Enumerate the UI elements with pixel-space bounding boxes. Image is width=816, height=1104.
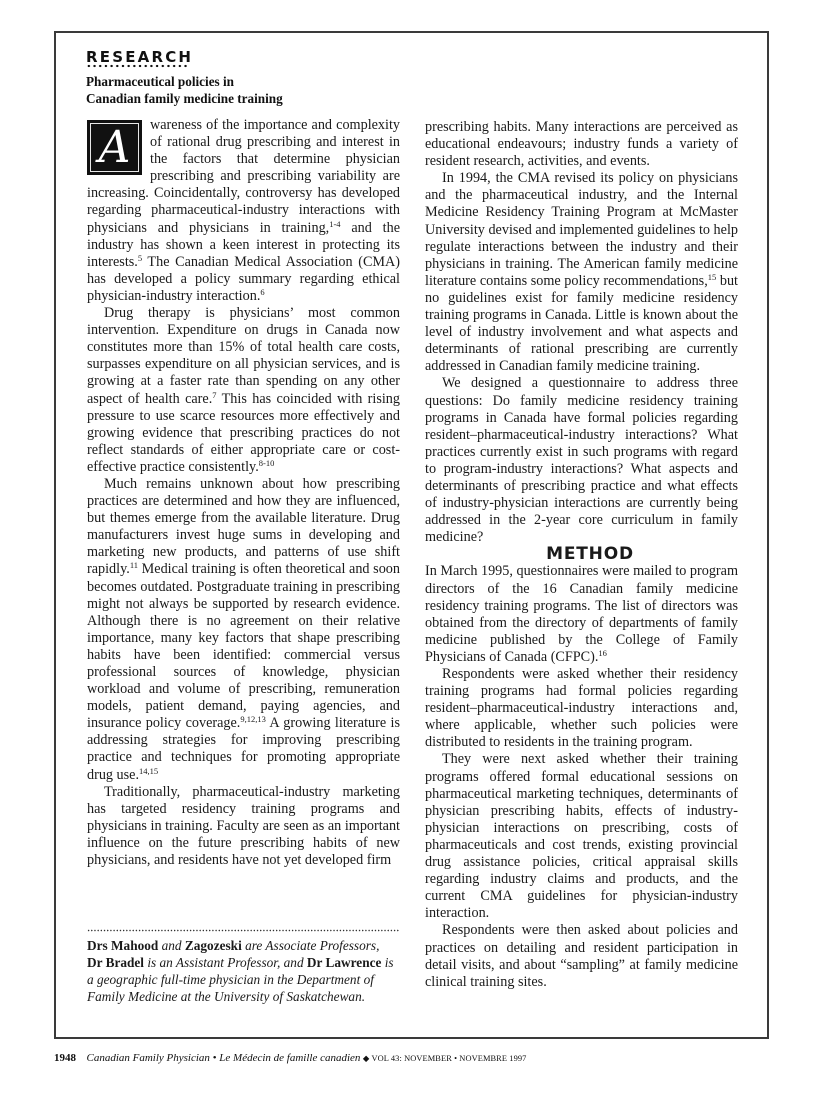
- citation: 1-4: [329, 219, 340, 229]
- section-dotted-rule: [86, 64, 189, 68]
- article-title-line-2: Canadian family medicine training: [86, 90, 283, 107]
- journal-name: Canadian Family Physician • Le Médecin d…: [87, 1052, 361, 1064]
- citation: 15: [708, 272, 717, 282]
- method-heading: METHOD: [425, 546, 738, 563]
- paragraph: Respondents were asked whether their res…: [425, 666, 738, 751]
- right-column: prescribing habits. Many interactions ar…: [425, 119, 738, 991]
- paragraph: Drug therapy is physicians’ most common …: [87, 305, 400, 476]
- drop-cap: A: [87, 120, 142, 175]
- citation: 6: [260, 287, 264, 297]
- page-number: 1948: [54, 1052, 76, 1064]
- paragraph: We designed a questionnaire to address t…: [425, 375, 738, 546]
- paragraph: In 1994, the CMA revised its policy on p…: [425, 170, 738, 375]
- intro-paragraph: Awareness of the importance and complexi…: [87, 117, 400, 305]
- article-title-line-1: Pharmaceutical policies in: [86, 73, 283, 90]
- citation: 14,15: [139, 766, 158, 776]
- paragraph: Respondents were then asked about polici…: [425, 922, 738, 990]
- paragraph: In March 1995, questionnaires were maile…: [425, 563, 738, 666]
- paragraph: prescribing habits. Many interactions ar…: [425, 119, 738, 170]
- page-footer: 1948 Canadian Family Physician • Le Méde…: [54, 1052, 526, 1064]
- citation: 11: [130, 560, 138, 570]
- author-affiliation: Drs Mahood and Zagozeski are Associate P…: [87, 937, 397, 1005]
- paragraph: Traditionally, pharmaceutical-industry m…: [87, 784, 400, 869]
- citation: 9,12,13: [240, 714, 266, 724]
- paragraph: They were next asked whether their train…: [425, 751, 738, 922]
- citation: 16: [598, 648, 607, 658]
- left-column: Awareness of the importance and complexi…: [87, 117, 400, 869]
- citation: 8-10: [259, 458, 275, 468]
- article-title: Pharmaceutical policies in Canadian fami…: [86, 73, 283, 107]
- issue-info: ◆ VOL 43: NOVEMBER • NOVEMBRE 1997: [363, 1054, 527, 1063]
- affiliation-dotted-rule: [87, 929, 399, 932]
- paragraph: Much remains unknown about how prescribi…: [87, 476, 400, 784]
